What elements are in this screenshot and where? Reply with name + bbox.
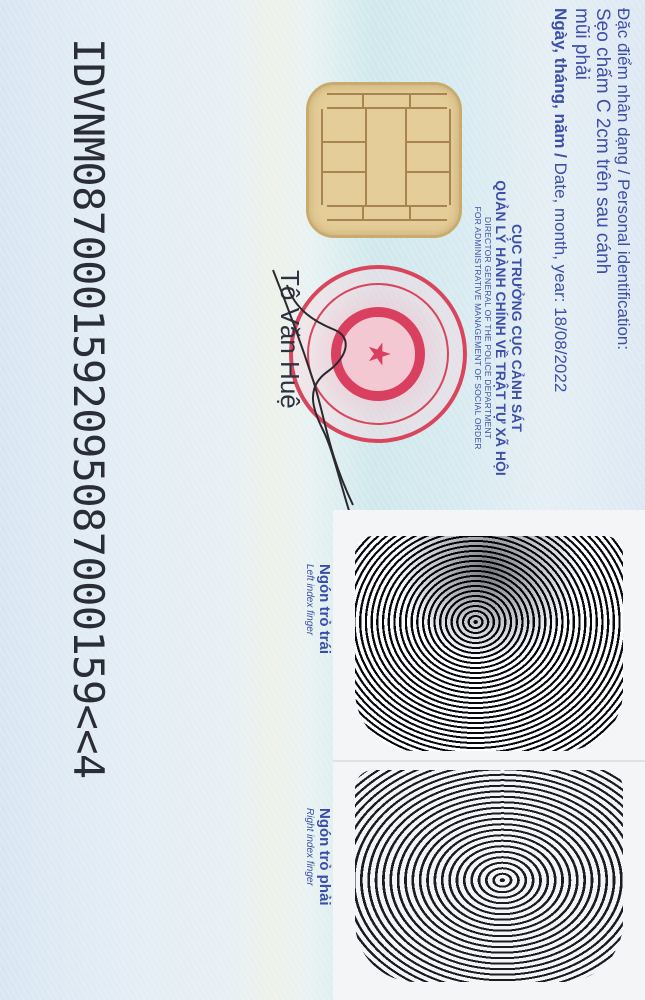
right-finger-label-vi: Ngón trỏ phải	[316, 808, 333, 906]
personal-identification-value-2: mũi phải	[571, 8, 592, 528]
issue-date-label: Ngày, tháng, năm /	[551, 8, 570, 158]
issue-date-label-en: Date, month, year:	[551, 163, 570, 303]
issue-date-row: Ngày, tháng, năm / Date, month, year: 18…	[550, 8, 571, 528]
right-finger-label: Ngón trỏ phải Right index finger	[303, 808, 333, 906]
fingerprint-panel	[333, 510, 645, 1000]
issuer-title-2: QUẢN LÝ HÀNH CHÍNH VỀ TRẬT TỰ XÃ HỘI	[493, 158, 509, 498]
rotated-card-content: Đặc điểm nhân dạng / Personal identifica…	[0, 0, 645, 1000]
right-index-fingerprint	[355, 770, 623, 982]
left-finger-label: Ngón trỏ trái Left index finger	[303, 564, 333, 654]
right-finger-label-en: Right index finger	[303, 808, 316, 906]
issuer-title-1: CỤC TRƯỞNG CỤC CẢNH SÁT	[509, 158, 525, 498]
issuer-title-en-2: FOR ADMINISTRATIVE MANAGEMENT OF SOCIAL …	[473, 158, 483, 498]
personal-identification-value-1: Sẹo chấm C 2cm trên sau cánh	[592, 8, 613, 528]
star-icon: ★	[363, 317, 393, 391]
official-seal-stamp: ★	[289, 265, 467, 443]
issuer-title-en-1: DIRECTOR GENERAL OF THE POLICE DEPARTMEN…	[483, 158, 493, 498]
issue-date-value: 18/08/2022	[551, 307, 570, 392]
smart-chip-icon	[306, 82, 462, 238]
left-finger-label-en: Left index finger	[303, 564, 316, 654]
left-finger-label-vi: Ngón trỏ trái	[316, 564, 333, 654]
personal-info-block: Đặc điểm nhân dạng / Personal identifica…	[550, 8, 633, 528]
personal-identification-label: Đặc điểm nhân dạng / Personal identifica…	[613, 8, 633, 528]
mrz-line-1: IDVNM0870001592095087000159<<4	[64, 38, 112, 779]
national-emblem-icon: ★	[331, 307, 425, 401]
id-card-back: Đặc điểm nhân dạng / Personal identifica…	[0, 0, 645, 1000]
signer-name: Tô Văn Huệ	[274, 270, 305, 409]
issuer-title-block: CỤC TRƯỞNG CỤC CẢNH SÁT QUẢN LÝ HÀNH CHÍ…	[473, 158, 525, 498]
machine-readable-zone: IDVNM0870001592095087000159<<4 8701244M2…	[0, 38, 208, 779]
left-index-fingerprint	[355, 536, 623, 751]
